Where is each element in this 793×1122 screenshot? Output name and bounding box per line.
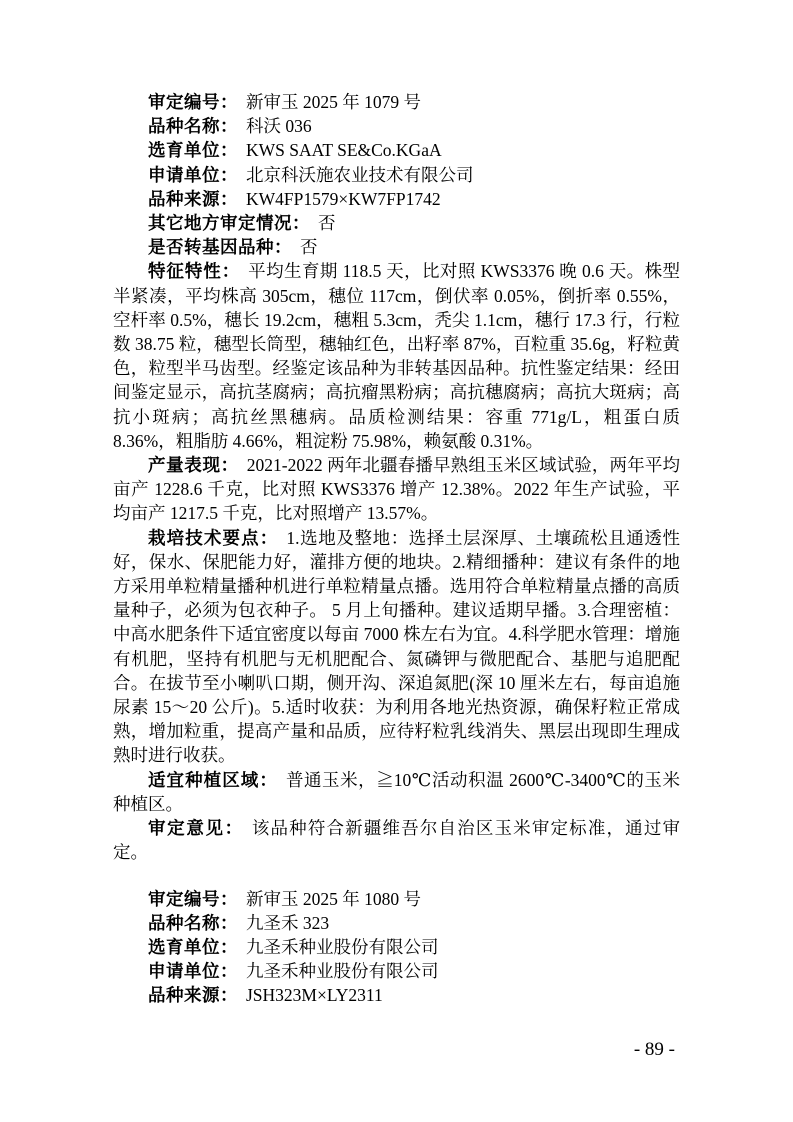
field-variety-source: 品种来源：JSH323M×LY2311	[113, 983, 680, 1007]
field-label: 其它地方审定情况：	[148, 213, 310, 233]
field-value: KWS SAAT SE&Co.KGaA	[246, 140, 442, 160]
field-label: 是否转基因品种：	[148, 237, 292, 257]
field-value: 九圣禾种业股份有限公司	[246, 937, 439, 957]
field-value: 新审玉 2025 年 1079 号	[246, 92, 421, 112]
page-content: 审定编号：新审玉 2025 年 1079 号 品种名称：科沃 036 选育单位：…	[113, 90, 680, 1008]
field-value: 九圣禾 323	[246, 913, 329, 933]
paragraph-label: 适宜种植区域：	[148, 770, 278, 790]
field-label: 品种名称：	[148, 116, 238, 136]
variety-entry-1: 审定编号：新审玉 2025 年 1079 号 品种名称：科沃 036 选育单位：…	[113, 90, 680, 865]
page-number: - 89 -	[634, 1038, 675, 1062]
field-variety-source: 品种来源：KW4FP1579×KW7FP1742	[113, 187, 680, 211]
field-applicant-unit: 申请单位：九圣禾种业股份有限公司	[113, 959, 680, 983]
paragraph-label: 审定意见：	[148, 818, 244, 838]
field-value: 科沃 036	[246, 116, 312, 136]
field-label: 选育单位：	[148, 140, 238, 160]
field-applicant-unit: 申请单位：北京科沃施农业技术有限公司	[113, 163, 680, 187]
field-label: 品种来源：	[148, 985, 238, 1005]
field-value: 否	[318, 213, 336, 233]
field-label: 品种名称：	[148, 913, 238, 933]
field-value: 新审玉 2025 年 1080 号	[246, 889, 421, 909]
field-value: JSH323M×LY2311	[246, 985, 383, 1005]
variety-entry-2: 审定编号：新审玉 2025 年 1080 号 品种名称：九圣禾 323 选育单位…	[113, 887, 680, 1008]
field-label: 申请单位：	[148, 961, 238, 981]
field-value: 北京科沃施农业技术有限公司	[246, 165, 474, 185]
paragraph-label: 栽培技术要点：	[148, 528, 278, 548]
field-breeding-unit: 选育单位：KWS SAAT SE&Co.KGaA	[113, 138, 680, 162]
field-other-region-certification: 其它地方审定情况：否	[113, 211, 680, 235]
paragraph-certification-opinion: 审定意见：该品种符合新疆维吾尔自治区玉米审定标准，通过审定。	[113, 816, 680, 864]
entry-divider-gap	[113, 865, 680, 887]
document-page: 审定编号：新审玉 2025 年 1079 号 品种名称：科沃 036 选育单位：…	[0, 0, 793, 1122]
paragraph-text: 1.选地及整地：选择土层深厚、土壤疏松且通透性好，保水、保肥能力好，灌排方便的地…	[113, 528, 680, 766]
field-variety-name: 品种名称：九圣禾 323	[113, 911, 680, 935]
paragraph-text: 平均生育期 118.5 天，比对照 KWS3376 晚 0.6 天。株型半紧凑，…	[113, 261, 680, 450]
paragraph-label: 产量表现：	[148, 455, 239, 475]
field-gmo-status: 是否转基因品种：否	[113, 235, 680, 259]
field-label: 品种来源：	[148, 189, 238, 209]
field-certification-number: 审定编号：新审玉 2025 年 1080 号	[113, 887, 680, 911]
paragraph-suitable-planting-region: 适宜种植区域：普通玉米，≧10℃活动积温 2600℃-3400℃的玉米种植区。	[113, 768, 680, 816]
field-value: 否	[300, 237, 318, 257]
paragraph-traits: 特征特性：平均生育期 118.5 天，比对照 KWS3376 晚 0.6 天。株…	[113, 259, 680, 453]
field-label: 申请单位：	[148, 165, 238, 185]
paragraph-yield-performance: 产量表现：2021-2022 两年北疆春播早熟组玉米区域试验，两年平均亩产 12…	[113, 453, 680, 526]
field-variety-name: 品种名称：科沃 036	[113, 114, 680, 138]
field-breeding-unit: 选育单位：九圣禾种业股份有限公司	[113, 935, 680, 959]
field-label: 审定编号：	[148, 92, 238, 112]
field-value: KW4FP1579×KW7FP1742	[246, 189, 441, 209]
field-value: 九圣禾种业股份有限公司	[246, 961, 439, 981]
paragraph-label: 特征特性：	[148, 261, 240, 281]
field-label: 审定编号：	[148, 889, 238, 909]
paragraph-cultivation-techniques: 栽培技术要点：1.选地及整地：选择土层深厚、土壤疏松且通透性好，保水、保肥能力好…	[113, 526, 680, 768]
field-certification-number: 审定编号：新审玉 2025 年 1079 号	[113, 90, 680, 114]
field-label: 选育单位：	[148, 937, 238, 957]
